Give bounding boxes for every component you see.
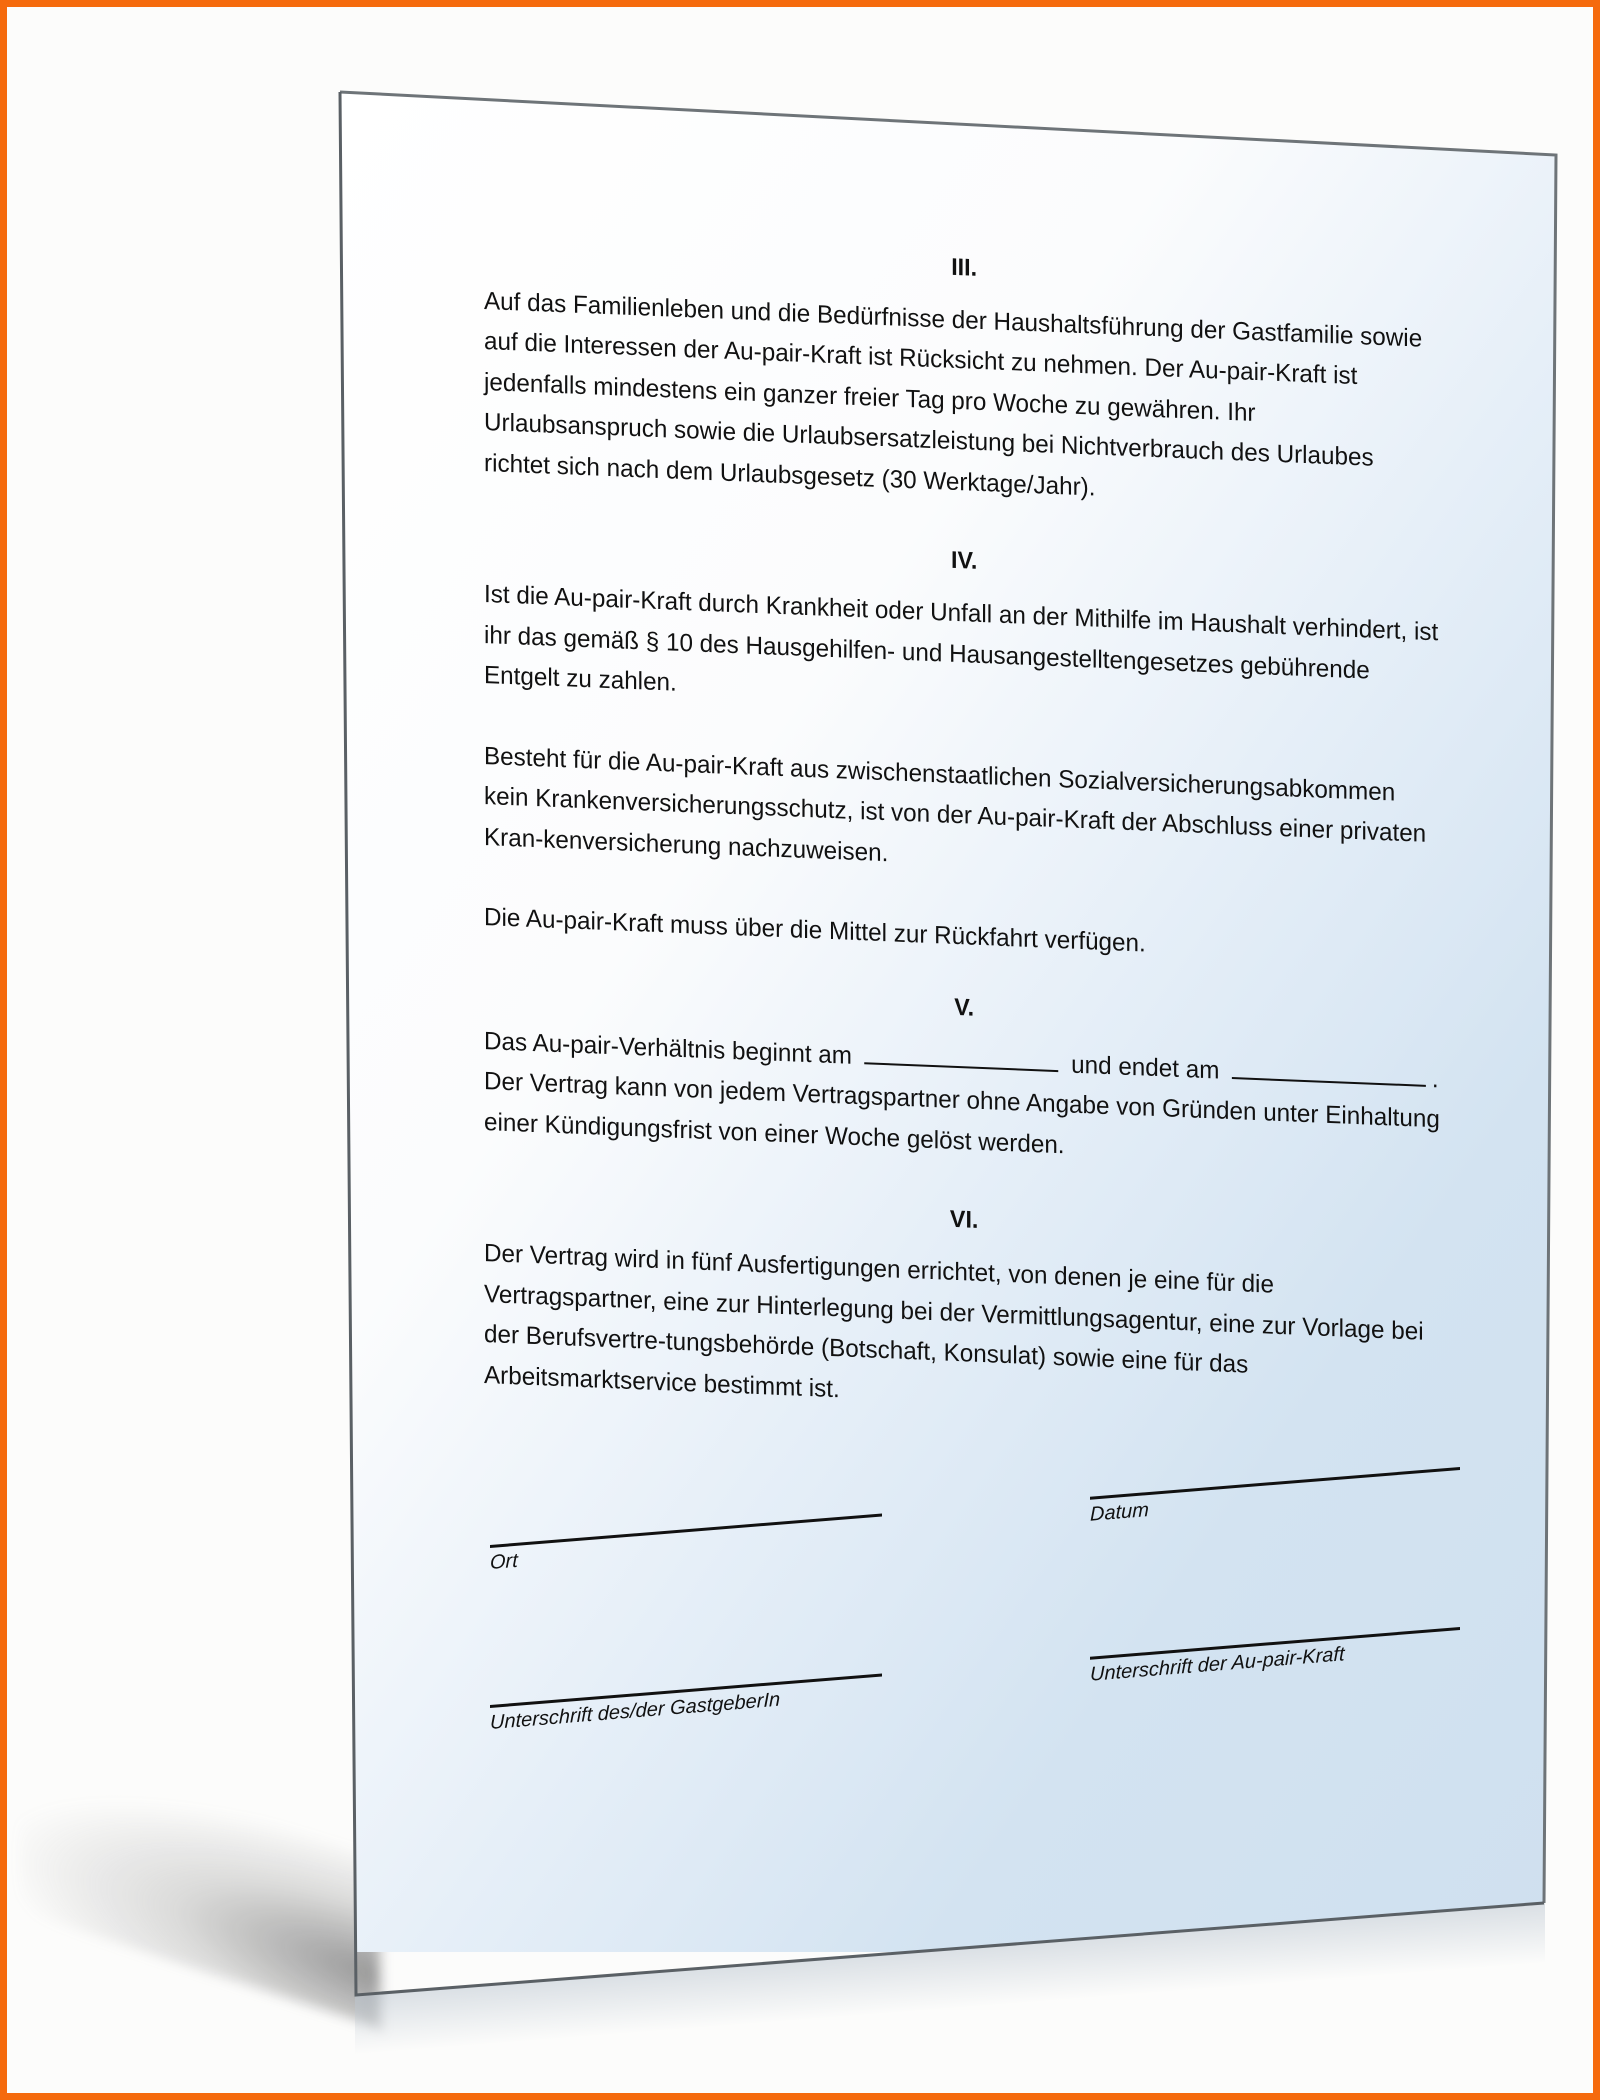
- signature-field-ort[interactable]: Ort: [490, 1513, 882, 1575]
- document-body: III. Auf das Familienleben und die Bedür…: [484, 230, 1444, 1474]
- section-paragraph: Der Vertrag wird in fünf Ausfertigungen …: [484, 1233, 1444, 1434]
- section-paragraph: Besteht für die Au-pair-Kraft aus zwisch…: [484, 736, 1444, 896]
- section-paragraph: Ist die Au-pair-Kraft durch Krankheit od…: [484, 574, 1444, 734]
- mid-text: und endet am: [1071, 1050, 1219, 1084]
- start-date-blank[interactable]: [865, 1044, 1059, 1072]
- section-vi: VI. Der Vertrag wird in fünf Ausfertigun…: [484, 1182, 1444, 1433]
- section-paragraph: Auf das Familienleben und die Bedürfniss…: [484, 281, 1444, 522]
- signature-field-datum[interactable]: Datum: [1090, 1467, 1460, 1527]
- signature-field-aupair[interactable]: Unterschrift der Au-pair-Kraft: [1090, 1627, 1460, 1687]
- section-paragraph: Das Au-pair-Verhältnis beginnt am und en…: [484, 1021, 1444, 1181]
- section-v: V. Das Au-pair-Verhältnis beginnt am und…: [484, 970, 1444, 1181]
- start-text: Das Au-pair-Verhältnis beginnt am: [484, 1027, 852, 1070]
- section-iii: III. Auf das Familienleben und die Bedür…: [484, 230, 1444, 522]
- end-date-blank[interactable]: [1232, 1059, 1426, 1087]
- end-text: .: [1432, 1065, 1439, 1093]
- section-paragraph: Die Au-pair-Kraft muss über die Mittel z…: [484, 897, 1444, 976]
- section-iv: IV. Ist die Au-pair-Kraft durch Krankhei…: [484, 523, 1444, 976]
- signature-field-gastgeber[interactable]: Unterschrift des/der GastgeberIn: [490, 1673, 882, 1735]
